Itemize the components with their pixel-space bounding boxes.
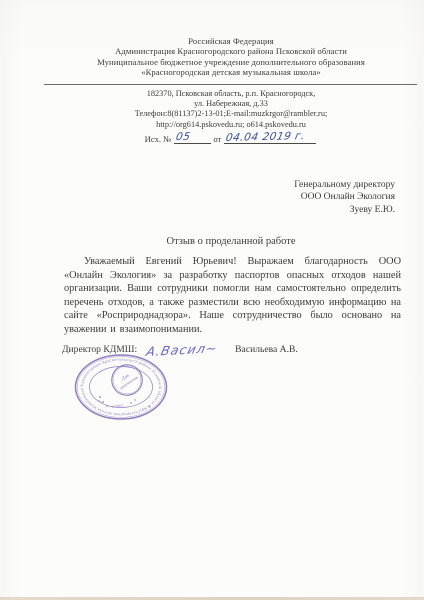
signatory-name: Васильева А.В. [235,342,298,355]
reference-number-blank: 05 [174,132,211,144]
outgoing-reference-line: Исх. № 05 от 04.04 2019 г. [38,131,424,144]
addressee-person: Зуеву Е.Ю. [294,204,395,216]
reference-date-handwritten: 04.04 2019 г. [225,130,306,144]
reference-number-handwritten: 05 [175,131,192,143]
contacts-address-line1: 182370, Псковская область, р.п. Красного… [38,89,424,99]
letterhead-school-name: «Красногородская детская музыкальная шко… [38,67,424,77]
letterhead: Российская Федерация Администрация Красн… [38,36,424,78]
addressee-company: ООО Онлайн Экология [294,191,395,203]
stamp-center-text: КДМШ [112,403,124,409]
scanned-letter-page: Российская Федерация Администрация Красн… [0,0,424,600]
letterhead-country: Российская Федерация [38,36,424,46]
letterhead-administration: Администрация Красногородского района Пс… [38,46,424,56]
reference-ot-label: от [213,134,221,144]
reference-prefix: Исх. № [145,134,172,144]
letterhead-institution: Муниципальное бюджетное учреждение допол… [38,57,424,67]
letter-body-paragraph: Уважаемый Евгений Юрьевич! Выражаем благ… [64,255,401,337]
letterhead-divider-line [44,84,417,85]
contacts-websites: http://org614.pskovedu.ru; о614.pskovedu… [38,120,424,130]
addressee-position: Генеральному директору [294,179,395,191]
reference-date-blank: 04.04 2019 г. [224,132,316,144]
contacts-phone-email: Телефон:8(81137)2-13-01;E-mail:muzkrgor@… [38,109,424,119]
addressee-block: Генеральному директору ООО Онлайн Эколог… [294,179,395,216]
contacts-block: 182370, Псковская область, р.п. Красного… [38,89,424,130]
round-stamp: Администрация Красногородского района Пс… [73,353,169,421]
contacts-address-line2: ул. Набережная, д.33 [38,99,424,109]
document-title: Отзыв о проделанной работе [38,236,424,247]
